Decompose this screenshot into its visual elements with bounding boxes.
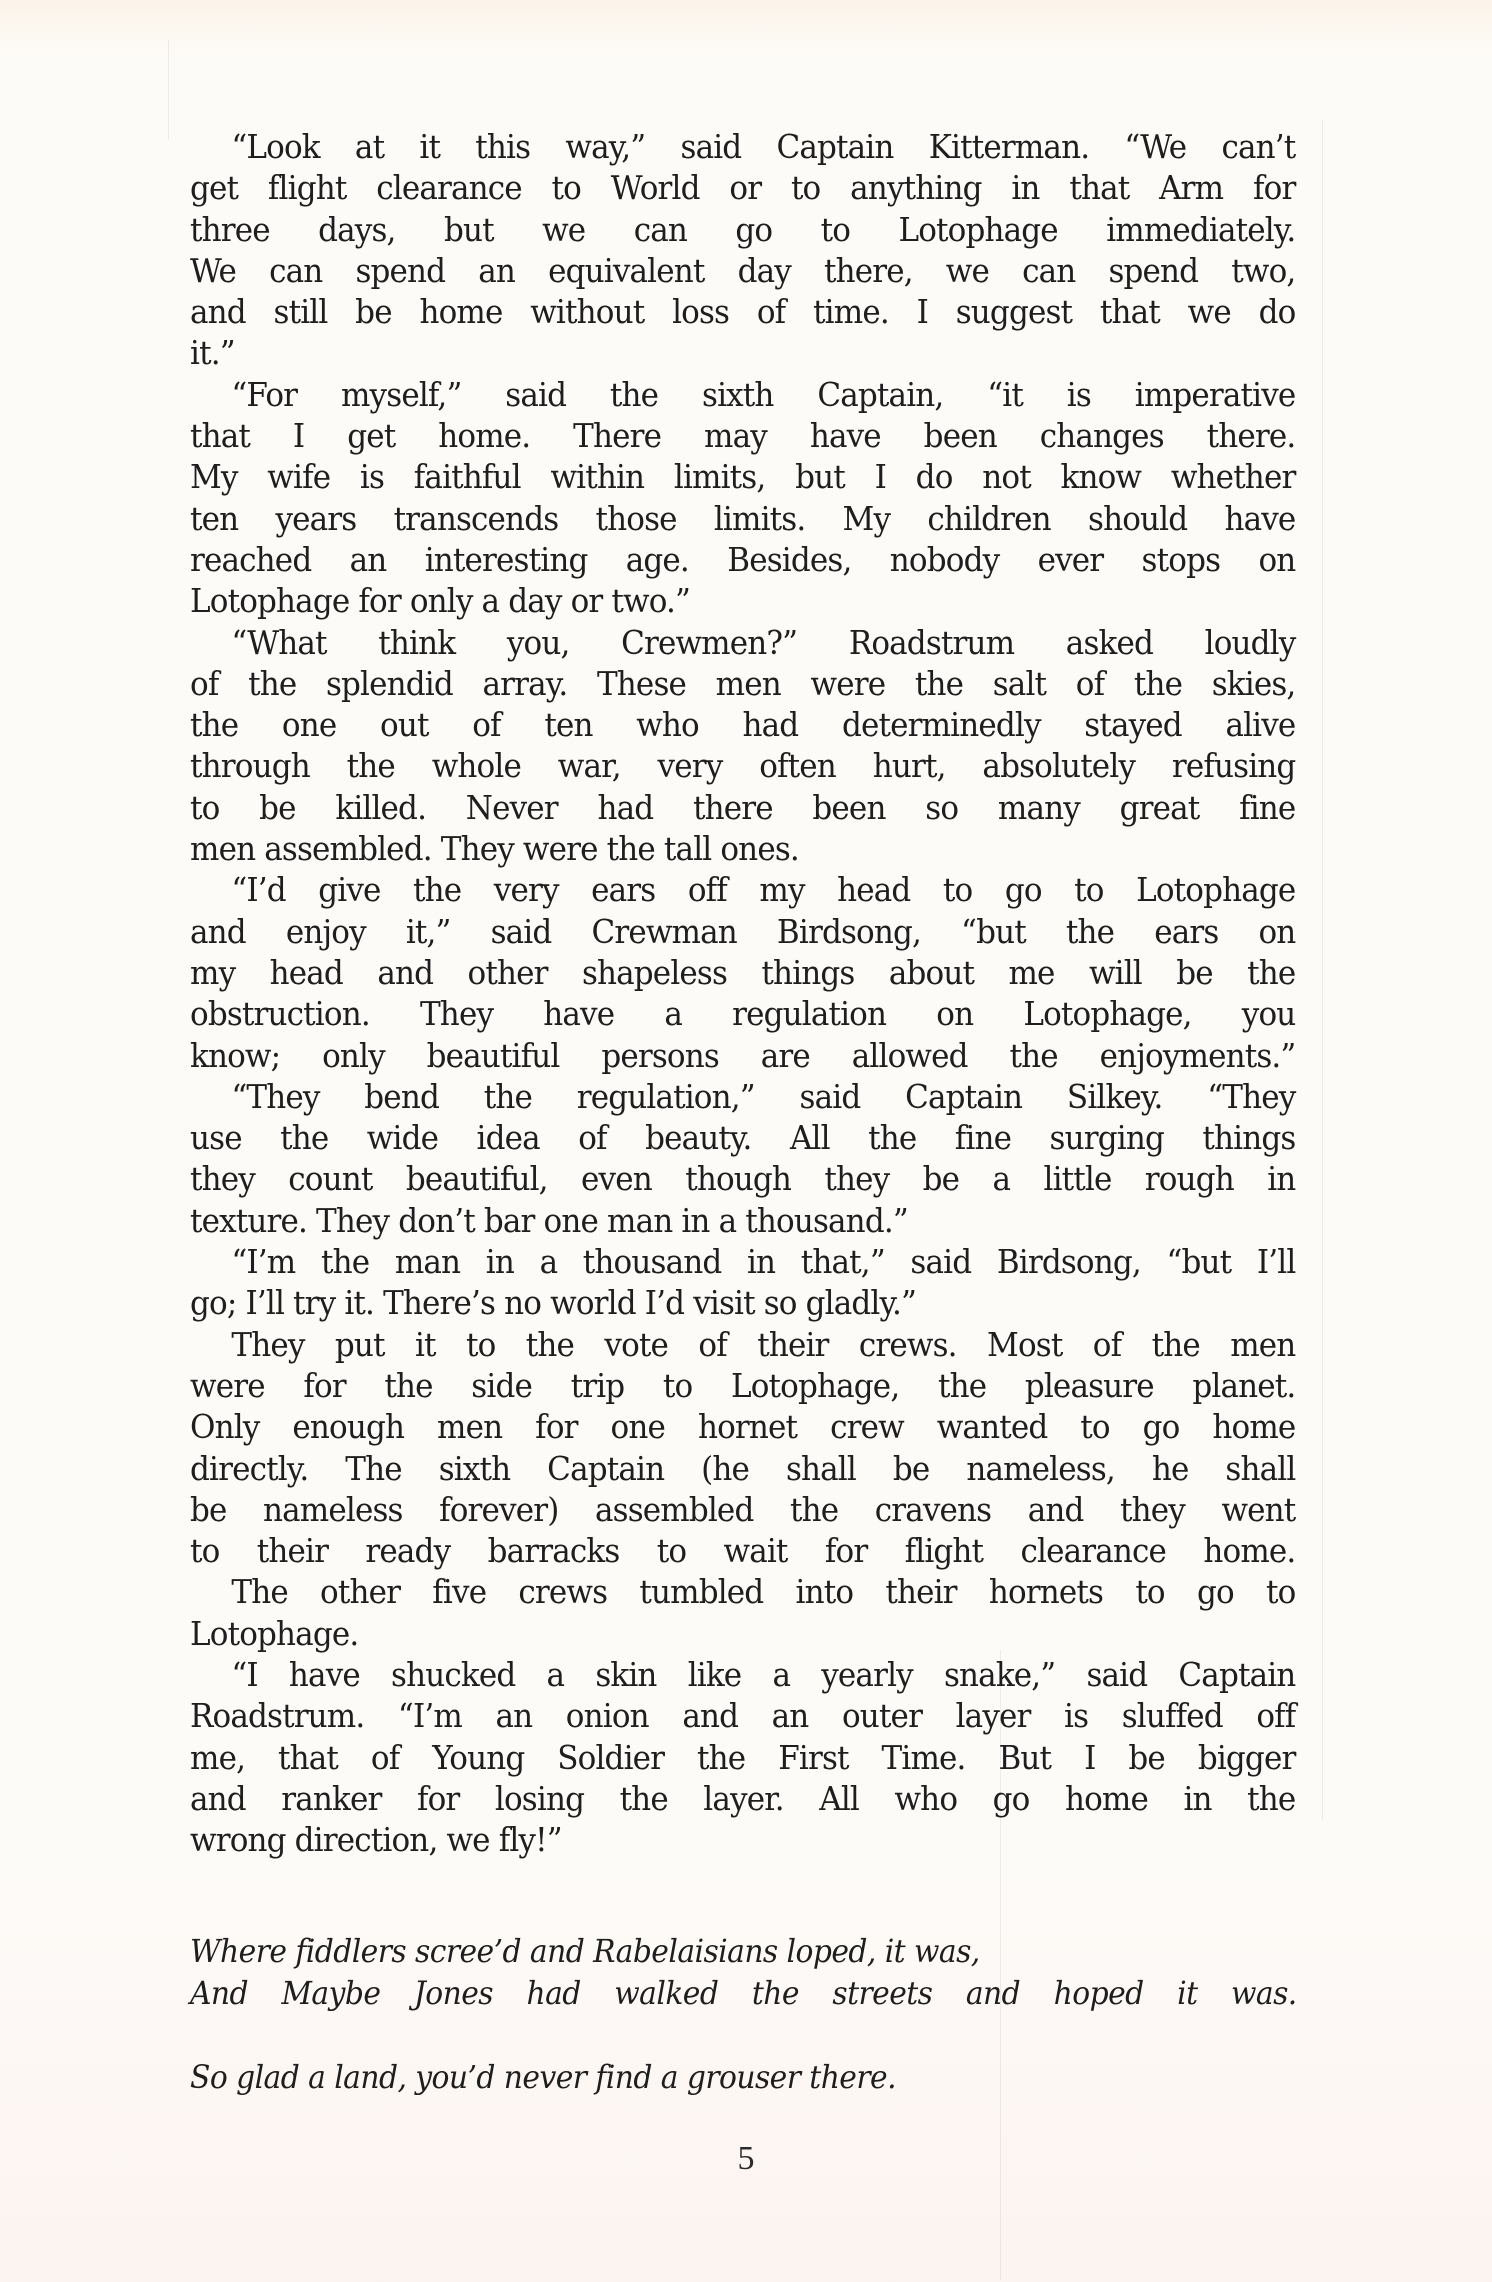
text-line: get flight clearance to World or to anyt… [190, 167, 1295, 208]
text-line: men assembled. They were the tall ones. [190, 828, 1295, 869]
text-line: to their ready barracks to wait for flig… [190, 1530, 1295, 1571]
poem-epigraph: Where fiddlers scree’d and Rabelaisians … [190, 1930, 1300, 2098]
text-line: We can spend an equivalent day there, we… [190, 250, 1295, 291]
text-line: obstruction. They have a regulation on L… [190, 993, 1295, 1034]
text-line: “For myself,” said the sixth Captain, “i… [190, 374, 1295, 415]
text-line: and ranker for losing the layer. All who… [190, 1778, 1295, 1819]
text-line: wrong direction, we fly!” [190, 1819, 1295, 1860]
text-line: use the wide idea of beauty. All the fin… [190, 1117, 1295, 1158]
text-line: “I’m the man in a thousand in that,” sai… [190, 1241, 1295, 1282]
text-line: and enjoy it,” said Crewman Birdsong, “b… [190, 911, 1295, 952]
text-line: reached an interesting age. Besides, nob… [190, 539, 1295, 580]
text-line: my head and other shapeless things about… [190, 952, 1295, 993]
text-line: “They bend the regulation,” said Captain… [190, 1076, 1295, 1117]
text-line: Only enough men for one hornet crew want… [190, 1406, 1295, 1447]
text-line: they count beautiful, even though they b… [190, 1158, 1295, 1199]
text-line: texture. They don’t bar one man in a tho… [190, 1200, 1295, 1241]
text-line: and still be home without loss of time. … [190, 291, 1295, 332]
paper-crease [168, 40, 169, 140]
text-line: that I get home. There may have been cha… [190, 415, 1295, 456]
paper-crease [1322, 120, 1323, 1820]
text-line: Lotophage for only a day or two.” [190, 580, 1295, 621]
text-line: “What think you, Crewmen?” Roadstrum ask… [190, 622, 1295, 663]
text-line: it.” [190, 332, 1295, 373]
text-line: “Look at it this way,” said Captain Kitt… [190, 126, 1295, 167]
text-line: directly. The sixth Captain (he shall be… [190, 1448, 1295, 1489]
poem-line: And Maybe Jones had walked the streets a… [190, 1972, 1297, 2014]
prose-body: “Look at it this way,” said Captain Kitt… [190, 126, 1296, 1860]
text-line: They put it to the vote of their crews. … [190, 1324, 1295, 1365]
text-line: to be killed. Never had there been so ma… [190, 787, 1295, 828]
text-line: three days, but we can go to Lotophage i… [190, 209, 1295, 250]
text-line: My wife is faithful within limits, but I… [190, 456, 1295, 497]
text-line: The other five crews tumbled into their … [190, 1571, 1295, 1612]
text-line: Lotophage. [190, 1613, 1295, 1654]
text-line: me, that of Young Soldier the First Time… [190, 1737, 1295, 1778]
text-line: “I have shucked a skin like a yearly sna… [190, 1654, 1295, 1695]
text-line: through the whole war, very often hurt, … [190, 745, 1295, 786]
text-line: be nameless forever) assembled the crave… [190, 1489, 1295, 1530]
page-number: 5 [0, 2140, 1492, 2178]
text-line: of the splendid array. These men were th… [190, 663, 1295, 704]
poem-line: So glad a land, you’d never find a grous… [190, 2056, 1297, 2098]
text-line: go; I’ll try it. There’s no world I’d vi… [190, 1282, 1295, 1323]
text-line: “I’d give the very ears off my head to g… [190, 869, 1295, 910]
text-line: the one out of ten who had determinedly … [190, 704, 1295, 745]
stanza-break [190, 2014, 1300, 2056]
text-line: know; only beautiful persons are allowed… [190, 1035, 1295, 1076]
text-line: were for the side trip to Lotophage, the… [190, 1365, 1295, 1406]
poem-line: Where fiddlers scree’d and Rabelaisians … [190, 1930, 1297, 1972]
text-line: Roadstrum. “I’m an onion and an outer la… [190, 1695, 1295, 1736]
text-line: ten years transcends those limits. My ch… [190, 498, 1295, 539]
